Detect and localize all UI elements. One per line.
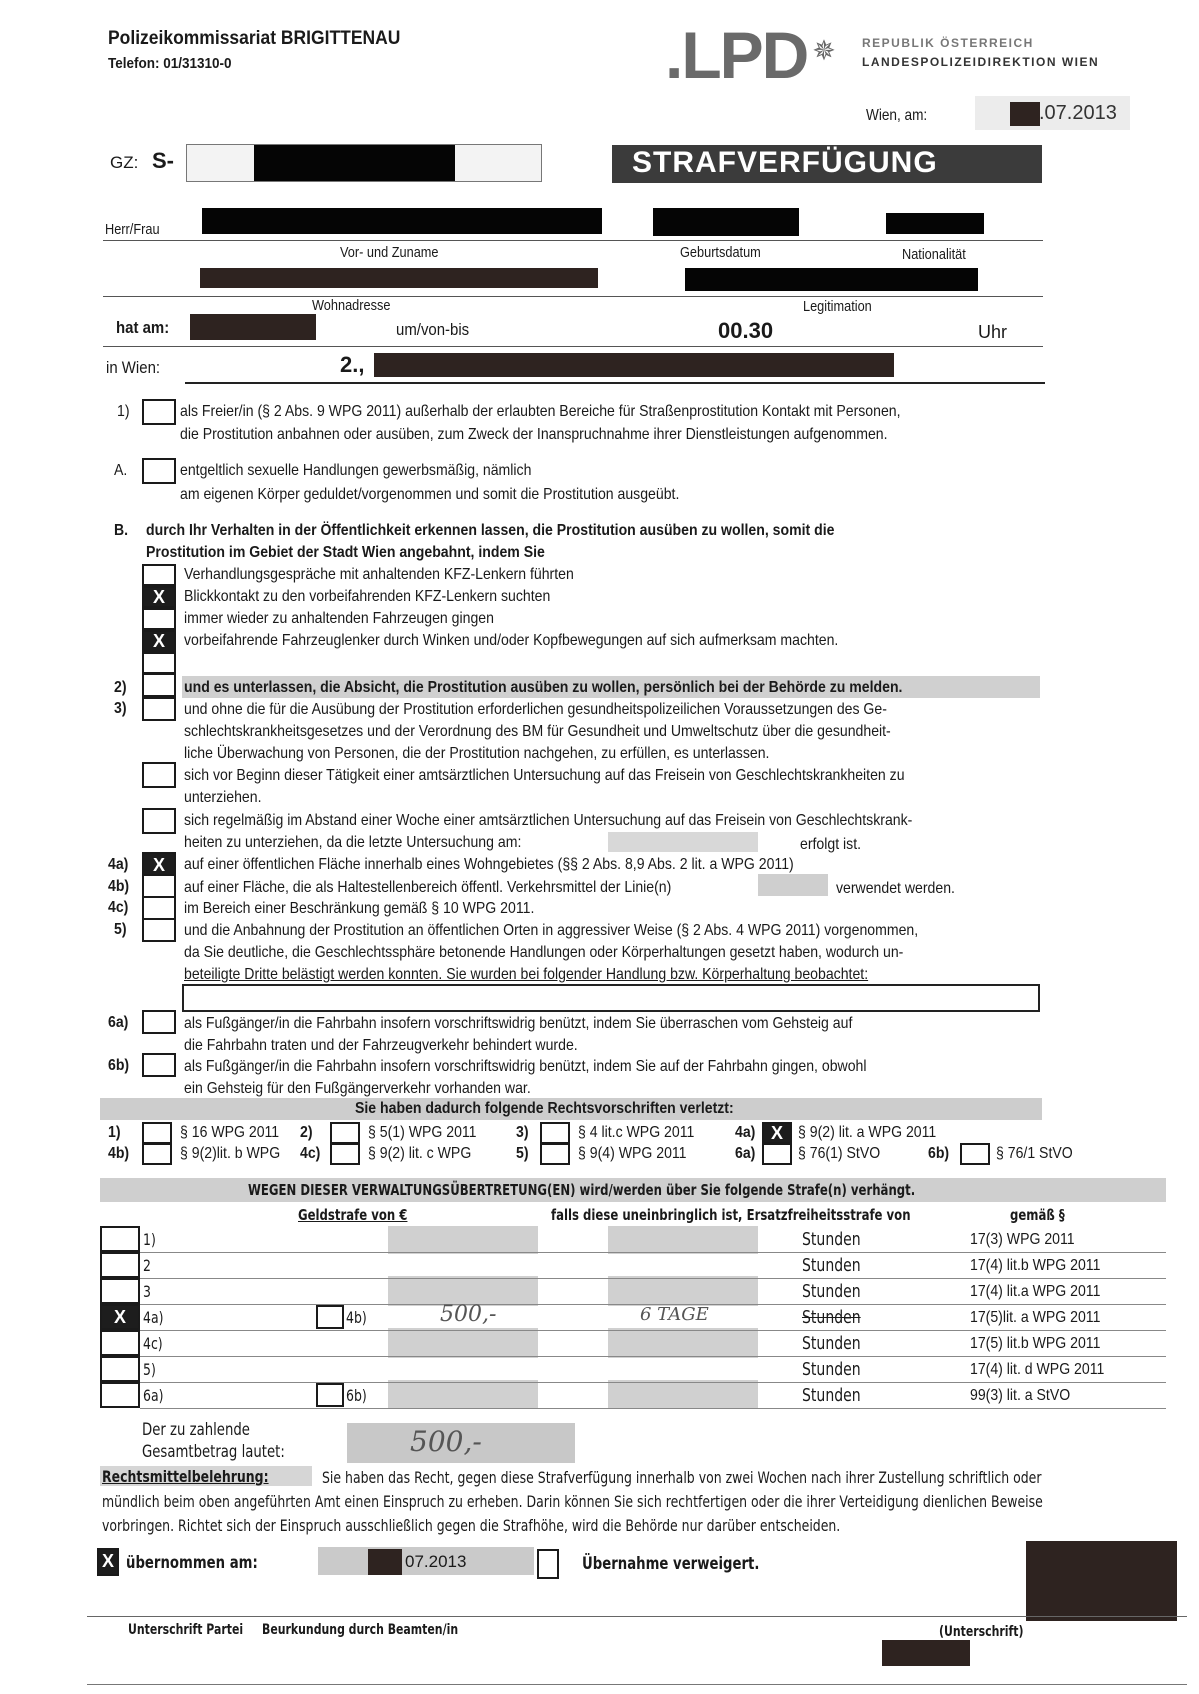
salutation-label: Herr/Frau [105, 221, 160, 238]
penalty-row-label: 1) [143, 1230, 156, 1249]
violation-num: 4b) [108, 1145, 129, 1163]
item6a-checkbox[interactable] [142, 1010, 176, 1034]
divider [103, 346, 1043, 347]
accepted-checkbox[interactable]: X [97, 1548, 119, 1576]
item4b-checkbox[interactable] [142, 874, 176, 898]
penalty-unit: Stunden [802, 1385, 861, 1406]
penalty-law: 99(3) lit. a StVO [970, 1387, 1070, 1405]
penalty-row-label: 6a) [143, 1386, 163, 1405]
itemB-option-label: Verhandlungsgespräche mit anhaltenden KF… [184, 566, 574, 584]
itemB-option-checkbox[interactable]: X [142, 586, 176, 608]
birthdate-caption: Geburtsdatum [680, 244, 761, 261]
row-divider [140, 1252, 1166, 1253]
itemA-num: A. [114, 462, 127, 480]
authority-line-1: REPUBLIK ÖSTERREICH [862, 36, 1034, 50]
violation-checkbox[interactable] [142, 1143, 172, 1165]
district-value: 2., [340, 352, 364, 378]
date-value: .07.2013 [1039, 102, 1117, 125]
itemB-option-label: vorbeifahrende Fahrzeuglenker durch Wink… [184, 632, 838, 650]
penalty-law: 17(5)lit. a WPG 2011 [970, 1309, 1100, 1327]
violation-num: 3) [516, 1124, 529, 1142]
gz-prefix: S- [152, 148, 174, 174]
penalty-unit: Stunden [802, 1255, 861, 1276]
penalty-sub-checkbox[interactable] [316, 1383, 344, 1407]
item3-text-3: liche Überwachung von Personen, die der … [184, 745, 769, 763]
violation-num: 6a) [735, 1145, 755, 1163]
row-divider [140, 1278, 1166, 1279]
item6b-text-1: als Fußgänger/in die Fahrbahn insofern v… [184, 1058, 866, 1076]
penalty-row-label: 5) [143, 1360, 156, 1379]
item2-text: und es unterlassen, die Absicht, die Pro… [184, 679, 902, 697]
violation-checkbox[interactable] [540, 1143, 570, 1165]
item6a-text-1: als Fußgänger/in die Fahrbahn insofern v… [184, 1015, 852, 1033]
name-caption: Vor- und Zuname [340, 244, 439, 261]
penalty-row-label: 3 [143, 1282, 151, 1301]
penalty-sub-label: 4b) [346, 1308, 367, 1327]
redacted-street [374, 353, 894, 377]
accepted-date: 07.2013 [405, 1552, 466, 1572]
time-unit: Uhr [978, 322, 1007, 343]
item4c-num: 4c) [108, 899, 128, 917]
item4b-text-end: verwendet werden. [836, 880, 955, 898]
total-value: 500,- [410, 1425, 482, 1458]
fine-stripe [388, 1358, 538, 1380]
penalty-row-label: 2 [143, 1256, 151, 1275]
violation-law: § 76/1 StVO [996, 1145, 1073, 1163]
violation-law: § 76(1) StVO [798, 1145, 880, 1163]
last-exam-date-field [608, 832, 758, 852]
penalty-row-checkbox[interactable] [100, 1356, 140, 1382]
alt-stripe [608, 1358, 758, 1380]
item3-num: 3) [114, 700, 127, 718]
violation-law: § 16 WPG 2011 [180, 1124, 279, 1142]
itemB-option-checkbox[interactable] [142, 608, 176, 630]
item2-num: 2) [114, 679, 127, 697]
penalty-fine-value: 500,- [440, 1302, 496, 1327]
item1-text-2: die Prostitution anbahnen oder ausüben, … [180, 426, 888, 444]
violation-law: § 5(1) WPG 2011 [368, 1124, 477, 1142]
item3-checkbox[interactable] [142, 697, 176, 721]
divider [103, 296, 1043, 297]
redacted-offense-date [190, 314, 316, 340]
item6a-num: 6a) [108, 1014, 128, 1032]
line-number-field [758, 874, 828, 896]
violation-law: § 9(2) lit. c WPG [368, 1145, 471, 1163]
address-caption: Wohnadresse [312, 297, 390, 314]
refused-checkbox[interactable] [537, 1549, 559, 1579]
penalty-sub-checkbox[interactable] [316, 1305, 344, 1329]
item3-text-2: schlechtskrankheitsgesetzes und der Vero… [184, 723, 891, 741]
office-name: Polizeikommissariat BRIGITTENAU [108, 28, 400, 50]
item3a-text-2: unterziehen. [184, 789, 261, 807]
itemB-text-2: Prostitution im Gebiet der Stadt Wien an… [146, 544, 545, 562]
violation-law: § 9(2) lit. a WPG 2011 [798, 1124, 936, 1142]
itemB-option-label: Blickkontakt zu den vorbeifahrenden KFZ-… [184, 588, 550, 606]
penalty-law: 17(4) lit. d WPG 2011 [970, 1361, 1104, 1379]
lpd-logo: .LPD [665, 22, 807, 88]
penalty-row-checkbox[interactable] [100, 1330, 140, 1356]
violation-law: § 4 lit.c WPG 2011 [578, 1124, 694, 1142]
penalty-law: 17(4) lit.b WPG 2011 [970, 1257, 1100, 1275]
item3-text-1: und ohne die für die Ausübung der Prosti… [184, 701, 887, 719]
itemA-text-2: am eigenen Körper geduldet/vorgenommen u… [180, 486, 679, 504]
col-alt-header: falls diese uneinbringlich ist, Ersatzfr… [551, 1206, 911, 1224]
itemB-option-checkbox[interactable]: X [142, 630, 176, 652]
page-title: STRAFVERFÜGUNG [632, 146, 938, 180]
observation-field[interactable] [182, 984, 1040, 1012]
penalty-alt-value: 6 TAGE [640, 1304, 709, 1325]
col-law-header: gemäß § [1010, 1206, 1065, 1224]
item4a-num: 4a) [108, 856, 128, 874]
date-label: Wien, am: [866, 107, 927, 125]
item6b-num: 6b) [108, 1057, 129, 1075]
penalty-row-checkbox[interactable]: X [100, 1304, 140, 1330]
penalty-unit: Stunden [802, 1281, 861, 1302]
penalty-law: 17(3) WPG 2011 [970, 1231, 1075, 1249]
penalty-row-checkbox[interactable] [100, 1278, 140, 1304]
penalty-row-checkbox[interactable] [100, 1226, 140, 1252]
violation-checkbox[interactable] [762, 1143, 792, 1165]
item5-text-1: und die Anbahnung der Prostitution an öf… [184, 922, 918, 940]
fine-stripe [388, 1254, 538, 1276]
item4a-checkbox[interactable]: X [142, 852, 176, 876]
violation-checkbox[interactable]: X [762, 1122, 792, 1144]
violation-law: § 9(4) WPG 2011 [578, 1145, 687, 1163]
violation-checkbox[interactable] [330, 1143, 360, 1165]
item4c-checkbox[interactable] [142, 896, 176, 920]
itemB-option-label: immer wieder zu anhaltenden Fahrzeugen g… [184, 610, 494, 628]
item3b-checkbox[interactable] [142, 808, 176, 834]
date-label-hat-am: hat am: [116, 318, 169, 338]
page-bottom-line [87, 1684, 1187, 1685]
penalty-unit: Stunden [802, 1229, 861, 1250]
violation-checkbox[interactable] [960, 1143, 990, 1165]
redacted-nationality [886, 213, 984, 234]
item4b-text: auf einer Fläche, die als Haltestellenbe… [184, 879, 671, 897]
redacted-name [202, 208, 602, 234]
penalty-unit: Stunden [802, 1359, 861, 1380]
total-label-2: Gesamtbetrag lautet: [142, 1442, 285, 1462]
redacted-address [200, 268, 598, 288]
penalty-row-checkbox[interactable] [100, 1382, 140, 1408]
appeal-text-2: mündlich beim oben angeführten Amt einen… [102, 1492, 1043, 1511]
violation-num: 5) [516, 1145, 529, 1163]
nationality-caption: Nationalität [902, 246, 966, 263]
item4c-text: im Bereich einer Beschränkung gemäß § 10… [184, 900, 534, 918]
penalty-row-label: 4a) [143, 1308, 163, 1327]
violation-num: 4c) [300, 1145, 320, 1163]
redacted-birthdate [653, 208, 799, 236]
penalty-row-label: 4c) [143, 1334, 163, 1353]
violation-checkbox[interactable] [142, 1122, 172, 1144]
row-divider [140, 1356, 1166, 1357]
redacted-accepted-day [368, 1549, 402, 1575]
redacted-legitimation [685, 268, 978, 291]
item6b-checkbox[interactable] [142, 1053, 176, 1077]
authority-line-2: LANDESPOLIZEIDIREKTION WIEN [862, 55, 1099, 69]
itemB-text-1: durch Ihr Verhalten in der Öffentlichkei… [146, 522, 834, 540]
item5-checkbox[interactable] [142, 918, 176, 942]
penalty-unit: Stunden [802, 1333, 861, 1354]
divider [103, 240, 1043, 241]
id-caption: Legitimation [803, 298, 872, 315]
sig-party-label: Unterschrift Partei [128, 1622, 243, 1638]
gz-label: GZ: [110, 153, 138, 173]
itemB-option-checkbox[interactable] [142, 564, 176, 586]
penalties-header: WEGEN DIESER VERWALTUNGSÜBERTRETUNG(EN) … [248, 1181, 915, 1199]
penalty-row-checkbox[interactable] [100, 1252, 140, 1278]
redacted-officer-signature [1026, 1541, 1177, 1621]
item1-num: 1) [117, 403, 130, 421]
redacted-day [1010, 102, 1040, 126]
item5-text-2: da Sie deutliche, die Geschlechtssphäre … [184, 944, 903, 962]
penalty-sub-label: 6b) [346, 1386, 367, 1405]
time-value: 00.30 [718, 318, 773, 344]
violation-num: 1) [108, 1124, 121, 1142]
itemA-checkbox[interactable] [142, 458, 176, 484]
row-divider [140, 1408, 1166, 1409]
item3b-text-2: heiten zu unterziehen, da die letzte Unt… [184, 834, 521, 852]
row-divider [140, 1330, 1166, 1331]
violations-header: Sie haben dadurch folgende Rechtsvorschr… [355, 1100, 734, 1118]
item4b-num: 4b) [108, 878, 129, 896]
signature-line [87, 1616, 1187, 1617]
sig-label: (Unterschrift) [939, 1624, 1023, 1640]
item2-checkbox[interactable] [142, 673, 176, 697]
item3a-checkbox[interactable] [142, 762, 176, 788]
penalty-law: 17(5) lit.b WPG 2011 [970, 1335, 1100, 1353]
office-phone: Telefon: 01/31310-0 [108, 55, 232, 72]
redacted-gz [254, 145, 455, 181]
penalty-law: 17(4) lit.a WPG 2011 [970, 1283, 1100, 1301]
item3b-text-1: sich regelmäßig im Abstand einer Woche e… [184, 812, 912, 830]
redacted-officer-id [882, 1640, 970, 1666]
time-label: um/von-bis [396, 320, 469, 340]
sig-officer-label: Beurkundung durch Beamten/in [262, 1622, 458, 1638]
violation-checkbox[interactable] [330, 1122, 360, 1144]
row-divider [140, 1382, 1166, 1383]
itemB-option-checkbox[interactable] [142, 652, 176, 674]
item1-text-1: als Freier/in (§ 2 Abs. 9 WPG 2011) auße… [180, 403, 901, 421]
eagle-coat-of-arms-icon: ✵ [810, 35, 838, 67]
violation-checkbox[interactable] [540, 1122, 570, 1144]
violation-num: 2) [300, 1124, 313, 1142]
location-label: in Wien: [106, 358, 160, 378]
item5-text-3: beteiligte Dritte belästigt werden konnt… [184, 966, 868, 984]
appeal-text-3: vorbringen. Richtet sich der Einspruch a… [102, 1516, 840, 1535]
refused-label: Übernahme verweigert. [582, 1554, 759, 1574]
violation-law: § 9(2)lit. b WPG [180, 1145, 280, 1163]
item6b-text-2: ein Gehsteig für den Fußgängerverkehr vo… [184, 1080, 531, 1098]
appeal-text-1: Sie haben das Recht, gegen diese Strafve… [322, 1468, 1041, 1487]
item6a-text-2: die Fahrbahn traten und der Fahrzeugverk… [184, 1037, 578, 1055]
item5-num: 5) [114, 921, 127, 939]
item1-checkbox[interactable] [142, 399, 176, 425]
violation-num: 4a) [735, 1124, 755, 1142]
item3b-text-end: erfolgt ist. [800, 836, 861, 854]
appeal-title: Rechtsmittelbelehrung: [102, 1467, 269, 1486]
accepted-label: übernommen am: [126, 1553, 258, 1573]
total-label-1: Der zu zahlende [142, 1420, 250, 1440]
alt-stripe [608, 1254, 758, 1276]
itemB-num: B. [114, 522, 128, 540]
penalty-unit: Stunden [802, 1307, 861, 1328]
itemA-text-1: entgeltlich sexuelle Handlungen gewerbsm… [180, 462, 531, 480]
item4a-text: auf einer öffentlichen Fläche innerhalb … [184, 856, 794, 874]
divider [185, 382, 1045, 384]
col-fine-header: Geldstrafe von € [298, 1206, 407, 1224]
item3a-text-1: sich vor Beginn dieser Tätigkeit einer a… [184, 767, 905, 785]
violation-num: 6b) [928, 1145, 949, 1163]
